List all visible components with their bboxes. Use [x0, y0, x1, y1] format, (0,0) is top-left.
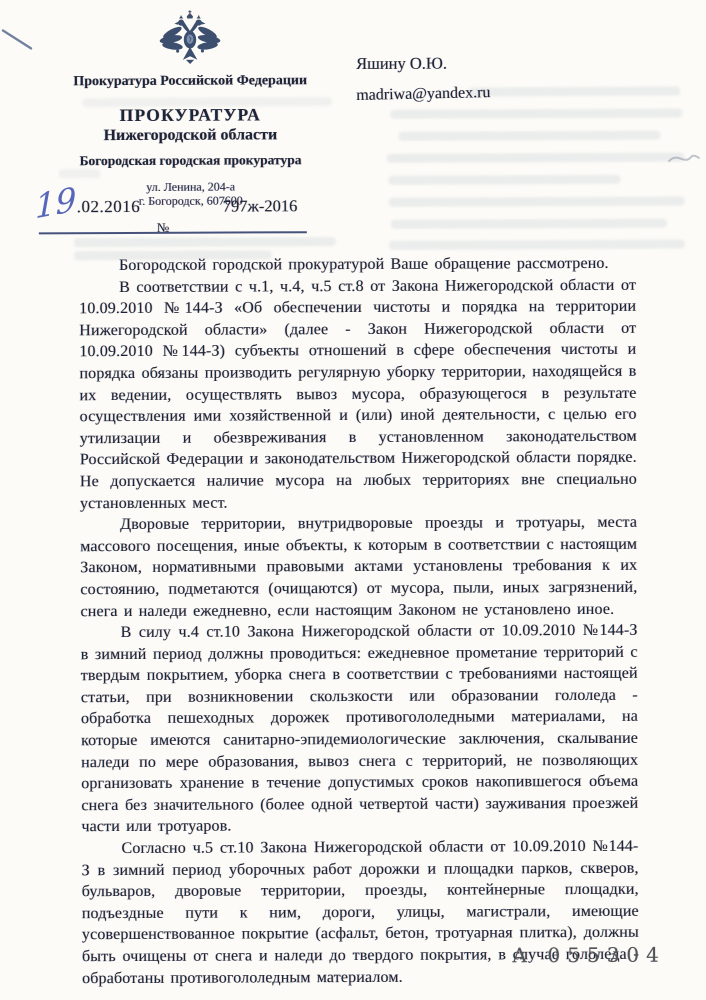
org-prosecutor-title: ПРОКУРАТУРА — [34, 104, 346, 126]
numero-sign: № — [157, 220, 169, 236]
addressee-email: madriwa@yandex.ru — [356, 81, 616, 105]
bleedthrough-artifacts — [0, 0, 704, 2]
pen-squiggle-mark — [666, 152, 702, 168]
body-paragraph-law-art8: В соответствии с ч.1, ч.4, ч.5 ст.8 от З… — [79, 274, 637, 514]
org-federation-title: Прокуратура Российской Федерации — [34, 73, 346, 90]
org-region-title: Нижегородской области — [34, 126, 346, 145]
russia-coat-of-arms-icon — [159, 9, 221, 73]
form-number-stamp: А 055304 — [512, 943, 666, 968]
addressee-name: Яшину О.Ю. — [356, 53, 616, 74]
body-paragraph-territories: Дворовые территории, внутридворовые прое… — [80, 512, 637, 622]
org-address-street: ул. Ленина, 204-а — [35, 179, 347, 194]
letter-content: Прокуратура Российской Федерации ПРОКУРА… — [0, 0, 706, 1000]
number-line: № — [39, 210, 307, 234]
letter-body: Богородской городской прокуратурой Ваше … — [79, 253, 639, 990]
body-paragraph-law-art10-p4: В силу ч.4 ст.10 Закона Нижегородской об… — [81, 620, 639, 838]
addressee-block: Яшину О.Ю. madriwa@yandex.ru — [356, 53, 616, 105]
org-city-office-title: Богородская городская прокуратура — [34, 152, 346, 169]
scanned-letter-page: Прокуратура Российской Федерации ПРОКУРА… — [0, 0, 706, 1000]
body-paragraph-intro: Богородской городской прокуратурой Ваше … — [79, 253, 636, 277]
letterhead: Прокуратура Российской Федерации ПРОКУРА… — [34, 8, 347, 208]
